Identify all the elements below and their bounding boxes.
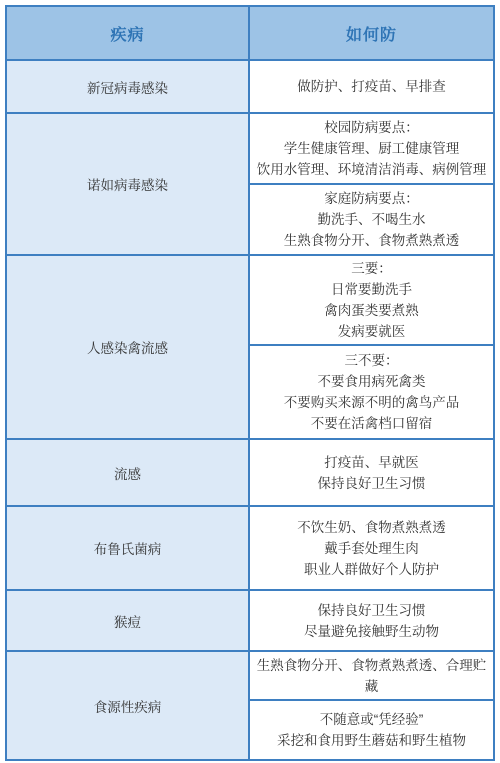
prevention-line: 不饮生奶、食物煮熟煮透 bbox=[254, 517, 489, 538]
prevention-line: 职业人群做好个人防护 bbox=[254, 559, 489, 580]
disease-cell-norovirus: 诺如病毒感染 bbox=[6, 113, 249, 255]
prevention-line: 勤洗手、不喝生水 bbox=[254, 209, 489, 230]
disease-cell-covid: 新冠病毒感染 bbox=[6, 60, 249, 113]
disease-prevention-table: 疾病 如何防 新冠病毒感染 做防护、打疫苗、早排查 诺如病毒感染 校园防病要点：… bbox=[5, 5, 495, 761]
prevention-line: 不要食用病死禽类 bbox=[254, 371, 489, 392]
prevention-line: 不要购买来源不明的禽鸟产品 bbox=[254, 392, 489, 413]
prevention-line: 发病要就医 bbox=[254, 321, 489, 342]
disease-cell-brucellosis: 布鲁氏菌病 bbox=[6, 506, 249, 590]
prevention-cell: 打疫苗、早就医 保持良好卫生习惯 bbox=[249, 439, 494, 506]
table-row: 流感 打疫苗、早就医 保持良好卫生习惯 bbox=[6, 439, 494, 506]
disease-cell-foodborne: 食源性疾病 bbox=[6, 651, 249, 760]
table-row: 人感染禽流感 三要： 日常要勤洗手 禽肉蛋类要煮熟 发病要就医 bbox=[6, 255, 494, 345]
prevention-line: 保持良好卫生习惯 bbox=[254, 600, 489, 621]
prevention-cell-three-donts: 三不要： 不要食用病死禽类 不要购买来源不明的禽鸟产品 不要在活禽档口留宿 bbox=[249, 345, 494, 439]
prevention-line: 饮用水管理、环境清洁消毒、病例管理 bbox=[254, 159, 489, 180]
prevention-line: 做防护、打疫苗、早排查 bbox=[254, 76, 489, 97]
prevention-line: 保持良好卫生习惯 bbox=[254, 473, 489, 494]
prevention-cell: 不饮生奶、食物煮熟煮透 戴手套处理生肉 职业人群做好个人防护 bbox=[249, 506, 494, 590]
table-row: 布鲁氏菌病 不饮生奶、食物煮熟煮透 戴手套处理生肉 职业人群做好个人防护 bbox=[6, 506, 494, 590]
prevention-line: 打疫苗、早就医 bbox=[254, 452, 489, 473]
prevention-cell-school: 校园防病要点： 学生健康管理、厨工健康管理 饮用水管理、环境清洁消毒、病例管理 bbox=[249, 113, 494, 184]
prevention-line: 三不要： bbox=[254, 350, 489, 371]
table-row: 诺如病毒感染 校园防病要点： 学生健康管理、厨工健康管理 饮用水管理、环境清洁消… bbox=[6, 113, 494, 184]
prevention-cell-three-dos: 三要： 日常要勤洗手 禽肉蛋类要煮熟 发病要就医 bbox=[249, 255, 494, 345]
prevention-line: 不要在活禽档口留宿 bbox=[254, 413, 489, 434]
prevention-cell-wild-food: 不随意或“凭经验” 采挖和食用野生蘑菇和野生植物 bbox=[249, 700, 494, 760]
prevention-line: 戴手套处理生肉 bbox=[254, 538, 489, 559]
table-row: 食源性疾病 生熟食物分开、食物煮熟煮透、合理贮藏 bbox=[6, 651, 494, 700]
column-header-disease: 疾病 bbox=[6, 6, 249, 60]
prevention-line: 生熟食物分开、食物煮熟煮透 bbox=[254, 230, 489, 251]
prevention-line: 采挖和食用野生蘑菇和野生植物 bbox=[254, 730, 489, 751]
prevention-line: 学生健康管理、厨工健康管理 bbox=[254, 138, 489, 159]
disease-cell-avian-flu: 人感染禽流感 bbox=[6, 255, 249, 439]
prevention-cell: 保持良好卫生习惯 尽量避免接触野生动物 bbox=[249, 590, 494, 651]
disease-cell-monkeypox: 猴痘 bbox=[6, 590, 249, 651]
prevention-line: 生熟食物分开、食物煮熟煮透、合理贮藏 bbox=[254, 655, 489, 697]
prevention-line: 校园防病要点： bbox=[254, 117, 489, 138]
prevention-cell-food-handling: 生熟食物分开、食物煮熟煮透、合理贮藏 bbox=[249, 651, 494, 700]
prevention-line: 尽量避免接触野生动物 bbox=[254, 621, 489, 642]
disease-cell-flu: 流感 bbox=[6, 439, 249, 506]
prevention-line: 不随意或“凭经验” bbox=[254, 709, 489, 730]
prevention-line: 家庭防病要点： bbox=[254, 188, 489, 209]
column-header-prevention: 如何防 bbox=[249, 6, 494, 60]
prevention-line: 日常要勤洗手 bbox=[254, 279, 489, 300]
prevention-cell: 做防护、打疫苗、早排查 bbox=[249, 60, 494, 113]
prevention-line: 禽肉蛋类要煮熟 bbox=[254, 300, 489, 321]
table-row: 新冠病毒感染 做防护、打疫苗、早排查 bbox=[6, 60, 494, 113]
prevention-line: 三要： bbox=[254, 258, 489, 279]
prevention-cell-family: 家庭防病要点： 勤洗手、不喝生水 生熟食物分开、食物煮熟煮透 bbox=[249, 184, 494, 255]
table-row: 猴痘 保持良好卫生习惯 尽量避免接触野生动物 bbox=[6, 590, 494, 651]
header-row: 疾病 如何防 bbox=[6, 6, 494, 60]
